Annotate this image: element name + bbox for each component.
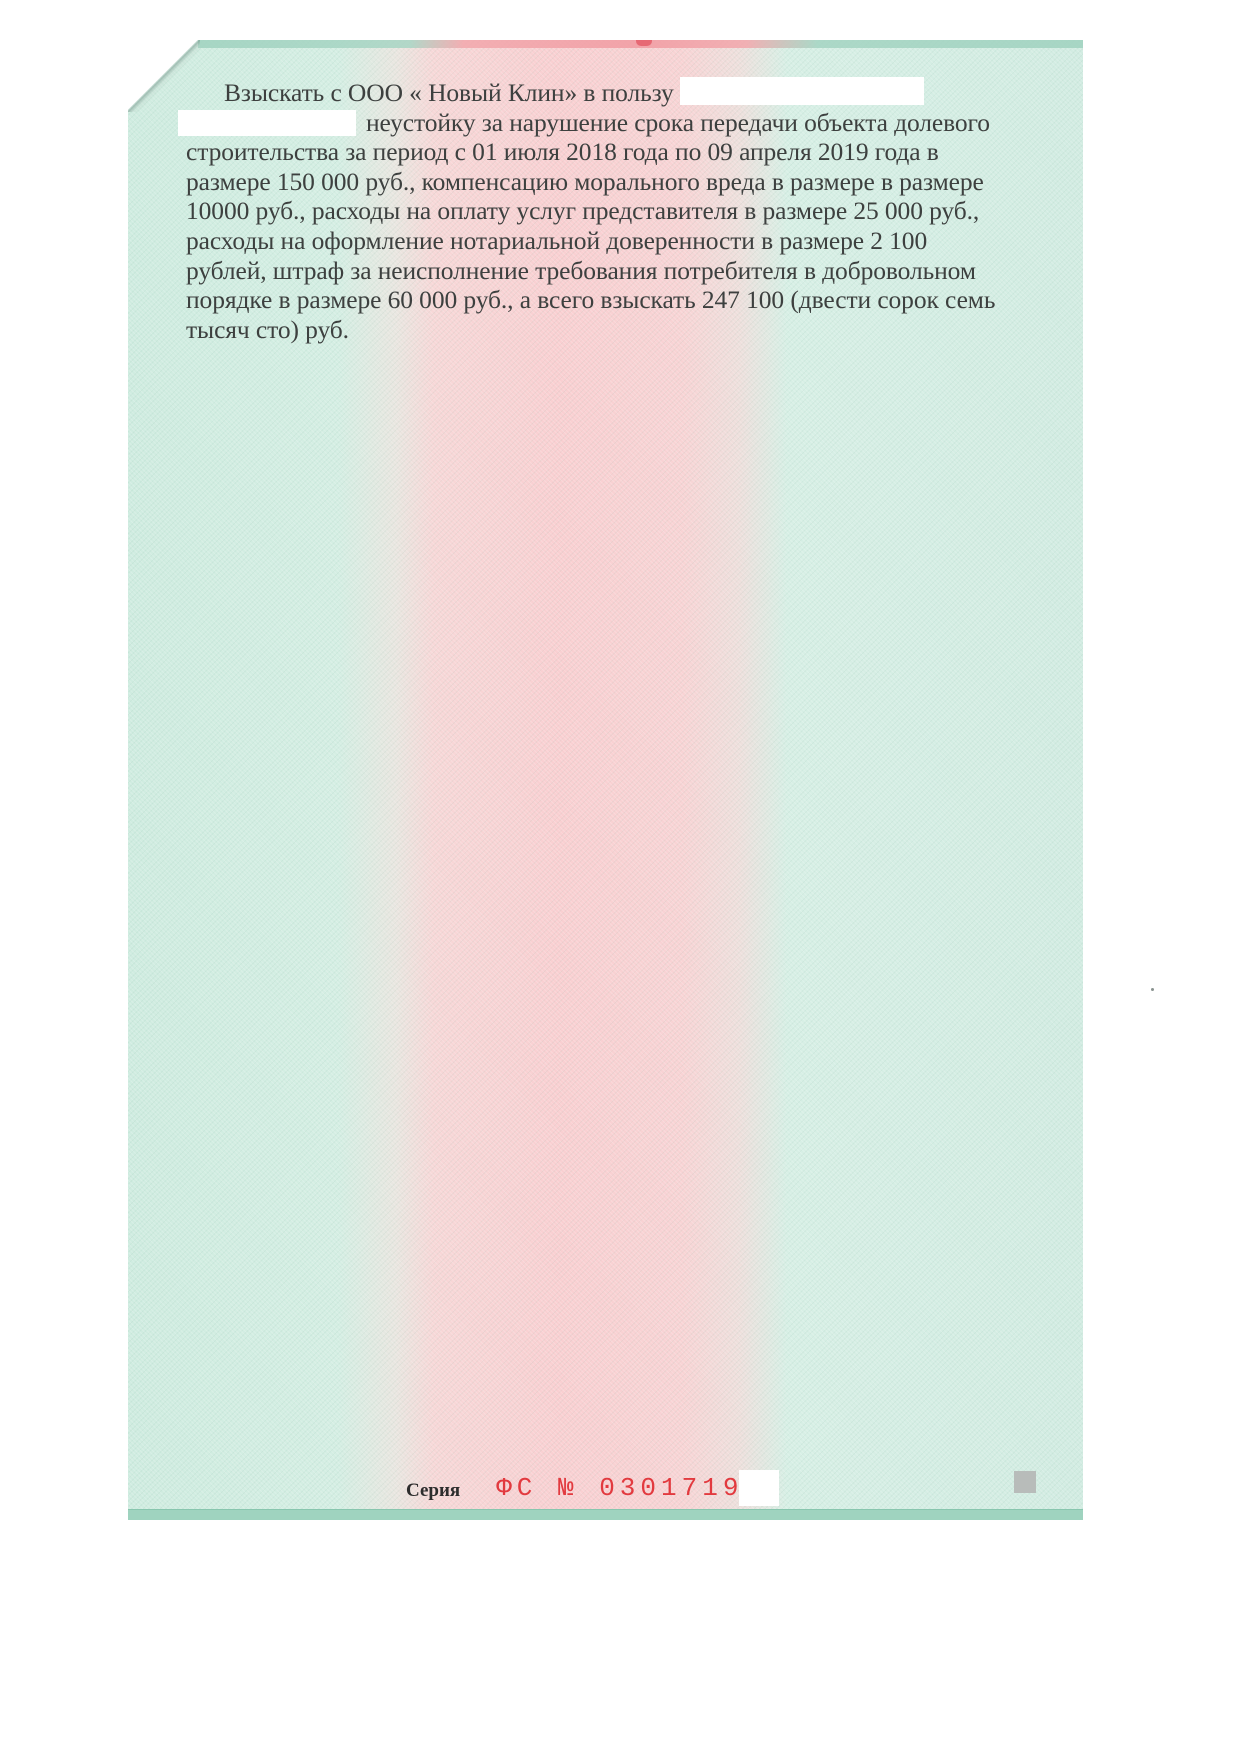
bottom-border-band [128, 1509, 1083, 1520]
body-line-9: тысяч сто) руб. [186, 315, 1046, 345]
series-number: ФС № 0301719 [496, 1473, 743, 1503]
scan-speck [1151, 988, 1154, 991]
series-row: Серия ФС № 0301719 [406, 1470, 779, 1506]
body-line-3: строительства за период с 01 июля 2018 г… [186, 137, 1046, 167]
writ-body-text: Взыскать с ООО « Новый Клин» в пользу не… [186, 78, 1046, 344]
body-line-4: размере 150 000 руб., компенсацию мораль… [186, 167, 1046, 197]
body-line-1: Взыскать с ООО « Новый Клин» в пользу [186, 78, 1046, 108]
body-line-7: рублей, штраф за неисполнение требования… [186, 256, 1046, 286]
redacted-claimant-name [680, 77, 924, 105]
body-line-2-text: неустойку за нарушение срока передачи об… [366, 108, 990, 137]
top-center-mark [636, 40, 652, 46]
redacted-series-digits [739, 1470, 779, 1506]
body-line-1-text: Взыскать с ООО « Новый Клин» в пользу [224, 78, 674, 107]
body-line-8: порядке в размере 60 000 руб., а всего в… [186, 285, 1046, 315]
grey-square-mark-icon [1014, 1471, 1036, 1493]
body-line-5: 10000 руб., расходы на оплату услуг пред… [186, 196, 1046, 226]
redacted-claimant-name-continued [178, 110, 356, 136]
body-line-6: расходы на оформление нотариальной довер… [186, 226, 1046, 256]
series-label: Серия [406, 1480, 460, 1502]
body-line-2: неустойку за нарушение срока передачи об… [186, 108, 1046, 138]
